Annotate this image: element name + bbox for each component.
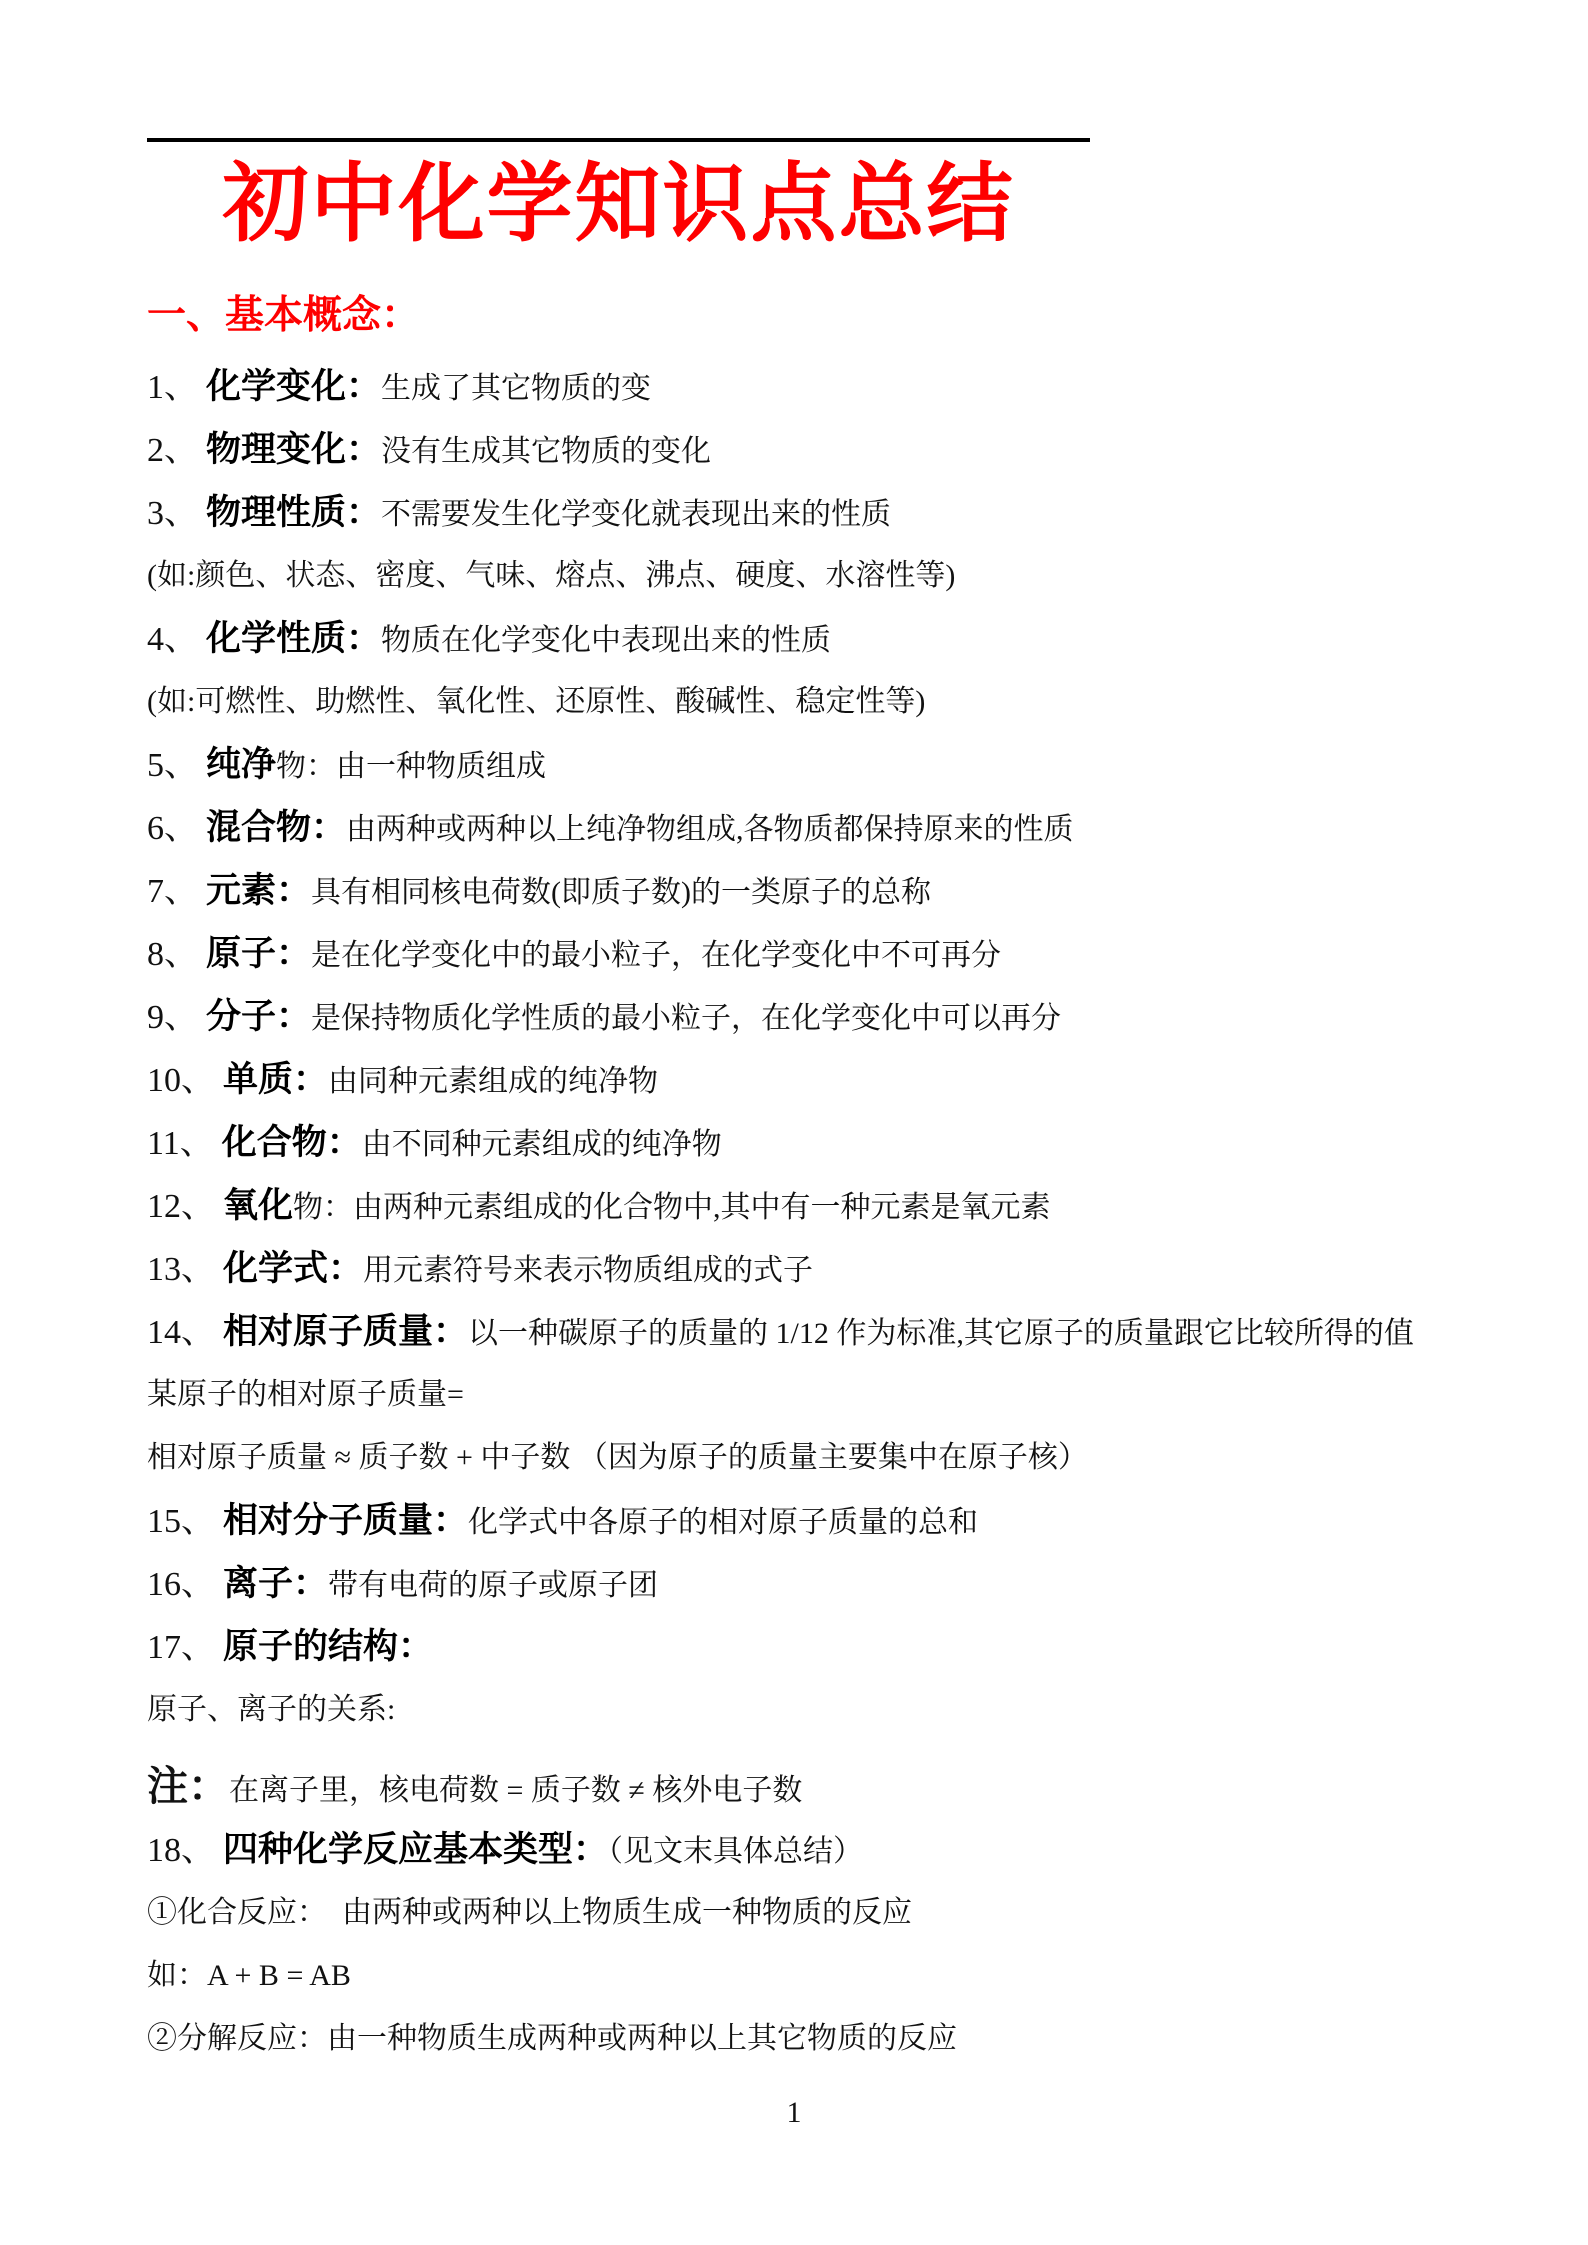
term-label: 相对原子质量： [223, 1312, 468, 1351]
definition-text: 物：由两种元素组成的化合物中,其中有一种元素是氧元素 [293, 1191, 1051, 1224]
term-label: 原子： [206, 934, 311, 973]
content-line: 17、原子的结构： [147, 1615, 1547, 1678]
plain-text: 相对原子质量 ≈ 质子数 + 中子数 （因为原子的质量主要集中在原子核） [147, 1441, 1088, 1474]
definition-text: 具有相同核电荷数(即质子数)的一类原子的总称 [311, 876, 931, 909]
plain-text: 原子、离子的关系: [147, 1693, 395, 1726]
term-label: 物理变化： [206, 430, 381, 469]
definition-text: 物：由一种物质组成 [276, 750, 546, 783]
plain-text: (如:可燃性、助燃性、氧化性、还原性、酸碱性、稳定性等) [147, 685, 925, 718]
content-line: 某原子的相对原子质量= [147, 1363, 1547, 1426]
term-label: 分子： [206, 997, 311, 1036]
definition-text: 以一种碳原子的质量的 1/12 作为标准,其它原子的质量跟它比较所得的值 [468, 1317, 1414, 1350]
content-line: 15、相对分子质量：化学式中各原子的相对原子质量的总和 [147, 1489, 1547, 1552]
content-line: 1、化学变化：生成了其它物质的变 [147, 355, 1547, 418]
line-number: 1、 [147, 369, 198, 406]
plain-text: (如:颜色、状态、密度、气味、熔点、沸点、硬度、水溶性等) [147, 559, 955, 592]
line-number: 10、 [147, 1062, 215, 1099]
plain-text: 某原子的相对原子质量= [147, 1378, 464, 1411]
term-label: 化学式： [223, 1249, 363, 1288]
content-line: 4、化学性质：物质在化学变化中表现出来的性质 [147, 607, 1547, 670]
content-line: 18、四种化学反应基本类型：（见文末具体总结） [147, 1818, 1547, 1881]
term-label: 混合物： [206, 808, 346, 847]
content-line: 12、氧化物：由两种元素组成的化合物中,其中有一种元素是氧元素 [147, 1174, 1547, 1237]
content-line: 11、化合物：由不同种元素组成的纯净物 [147, 1111, 1547, 1174]
definition-text: 生成了其它物质的变 [381, 372, 651, 405]
definition-text: 没有生成其它物质的变化 [381, 435, 711, 468]
page-title: 初中化学知识点总结 [147, 142, 1090, 252]
term-label: 化学性质： [206, 619, 381, 658]
line-number: 16、 [147, 1566, 215, 1603]
term-label: 相对分子质量： [223, 1501, 468, 1540]
content-line: 8、原子：是在化学变化中的最小粒子，在化学变化中不可再分 [147, 922, 1547, 985]
line-number: 9、 [147, 999, 198, 1036]
plain-text: ②分解反应：由一种物质生成两种或两种以上其它物质的反应 [147, 2022, 957, 2055]
definition-text: 是保持物质化学性质的最小粒子，在化学变化中可以再分 [311, 1002, 1061, 1035]
definition-text: 在离子里，核电荷数 = 质子数 ≠ 核外电子数 [229, 1774, 802, 1807]
line-number: 6、 [147, 810, 198, 847]
content-line: ①化合反应： 由两种或两种以上物质生成一种物质的反应 [147, 1881, 1547, 1944]
content-line: 相对原子质量 ≈ 质子数 + 中子数 （因为原子的质量主要集中在原子核） [147, 1426, 1547, 1489]
line-number: 14、 [147, 1314, 215, 1351]
line-number: 4、 [147, 621, 198, 658]
content-line: (如:可燃性、助燃性、氧化性、还原性、酸碱性、稳定性等) [147, 670, 1547, 733]
definition-text: 由两种或两种以上纯净物组成,各物质都保持原来的性质 [346, 813, 1074, 846]
definition-text: （见文末具体总结） [608, 1835, 863, 1868]
term-label: 元素： [206, 871, 311, 910]
term-label: 氧化 [223, 1186, 293, 1225]
definition-text: 用元素符号来表示物质组成的式子 [363, 1254, 813, 1287]
definition-text: 由同种元素组成的纯净物 [328, 1065, 658, 1098]
definition-text: 带有电荷的原子或原子团 [328, 1569, 658, 1602]
term-label: 原子的结构： [223, 1627, 433, 1666]
document-page: 初中化学知识点总结 一、基本概念： 1、化学变化：生成了其它物质的变2、物理变化… [0, 0, 1588, 2245]
line-number: 11、 [147, 1125, 214, 1162]
content-line: 14、相对原子质量：以一种碳原子的质量的 1/12 作为标准,其它原子的质量跟它… [147, 1300, 1547, 1363]
content-line: ②分解反应：由一种物质生成两种或两种以上其它物质的反应 [147, 2007, 1547, 2070]
term-label: 化学变化： [206, 367, 381, 406]
content-line: 3、物理性质：不需要发生化学变化就表现出来的性质 [147, 481, 1547, 544]
content-line: 6、混合物：由两种或两种以上纯净物组成,各物质都保持原来的性质 [147, 796, 1547, 859]
line-number: 2、 [147, 432, 198, 469]
definition-text: 化学式中各原子的相对原子质量的总和 [468, 1506, 978, 1539]
line-number: 13、 [147, 1251, 215, 1288]
term-label: 离子： [223, 1564, 328, 1603]
note-label: 注： [147, 1763, 229, 1809]
definition-text: 由不同种元素组成的纯净物 [362, 1128, 722, 1161]
line-number: 12、 [147, 1188, 215, 1225]
content-line: 10、单质：由同种元素组成的纯净物 [147, 1048, 1547, 1111]
line-number: 17、 [147, 1629, 215, 1666]
page-number: 1 [0, 2096, 1588, 2130]
definition-text: 是在化学变化中的最小粒子，在化学变化中不可再分 [311, 939, 1001, 972]
line-number: 18、 [147, 1832, 215, 1869]
content-line: 9、分子：是保持物质化学性质的最小粒子，在化学变化中可以再分 [147, 985, 1547, 1048]
content-line: 注：在离子里，核电荷数 = 质子数 ≠ 核外电子数 [147, 1755, 1547, 1818]
title-block: 初中化学知识点总结 [147, 138, 1090, 252]
plain-text: ①化合反应： 由两种或两种以上物质生成一种物质的反应 [147, 1896, 912, 1929]
content-line: 13、化学式：用元素符号来表示物质组成的式子 [147, 1237, 1547, 1300]
line-number: 8、 [147, 936, 198, 973]
line-number: 5、 [147, 747, 198, 784]
plain-text: 如：A + B = AB [147, 1959, 351, 1992]
content-line: (如:颜色、状态、密度、气味、熔点、沸点、硬度、水溶性等) [147, 544, 1547, 607]
section-heading: 一、基本概念： [147, 295, 420, 338]
definition-text: 不需要发生化学变化就表现出来的性质 [381, 498, 891, 531]
content-line: 7、元素：具有相同核电荷数(即质子数)的一类原子的总称 [147, 859, 1547, 922]
content-line: 如：A + B = AB [147, 1944, 1547, 2007]
line-number: 7、 [147, 873, 198, 910]
content-area: 1、化学变化：生成了其它物质的变2、物理变化：没有生成其它物质的变化3、物理性质… [147, 355, 1547, 2070]
term-label: 物理性质： [206, 493, 381, 532]
definition-text: 物质在化学变化中表现出来的性质 [381, 624, 831, 657]
term-label: 单质： [223, 1060, 328, 1099]
line-number: 3、 [147, 495, 198, 532]
line-number: 15、 [147, 1503, 215, 1540]
content-line: 5、纯净物：由一种物质组成 [147, 733, 1547, 796]
term-label: 化合物： [222, 1123, 362, 1162]
content-line: 16、离子：带有电荷的原子或原子团 [147, 1552, 1547, 1615]
content-line: 2、物理变化：没有生成其它物质的变化 [147, 418, 1547, 481]
term-label: 四种化学反应基本类型： [223, 1830, 608, 1869]
term-label: 纯净 [206, 745, 276, 784]
content-line: 原子、离子的关系: [147, 1678, 1547, 1741]
